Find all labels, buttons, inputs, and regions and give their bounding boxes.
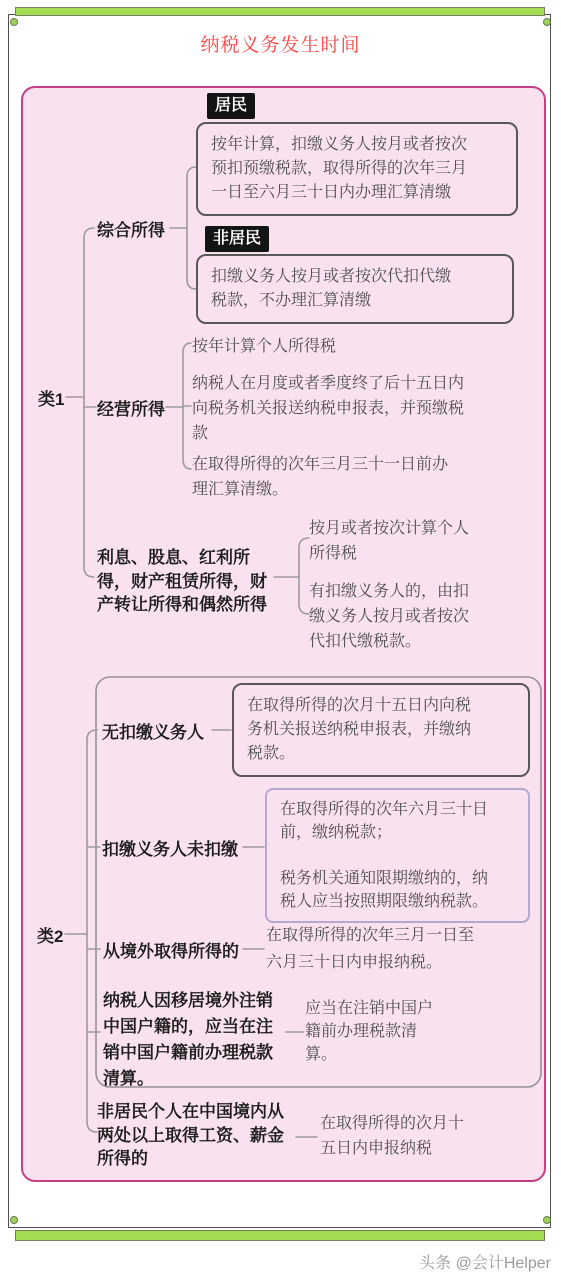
jingwai-rule: 在取得所得的次年三月一日至 六月三十日内申报纳税。	[266, 922, 506, 976]
box-weikoujiao-rule: 在取得所得的次年六月三十日 前，缴纳税款； 税务机关通知限期缴纳的，纳 税人应当…	[265, 788, 530, 923]
box-wukoujiao-rule: 在取得所得的次月十五日内向税 务机关报送纳税申报表，并缴纳 税款。	[232, 683, 530, 777]
node-feijumin-liangchu: 非居民个人在中国境内从 两处以上取得工资、薪金 所得的	[97, 1100, 302, 1171]
bottom-green-bar	[15, 1230, 545, 1241]
node-weikoujiao: 扣缴义务人未扣缴	[102, 838, 238, 862]
node-lixi-gushi-suode: 利息、股息、红利所 得，财产租赁所得，财 产转让所得和偶然所得	[97, 546, 287, 617]
node-jingying-suode: 经营所得	[97, 398, 165, 422]
pin-dot-icon	[10, 1216, 18, 1224]
box-resident-rule: 按年计算，扣缴义务人按月或者按次 预扣预缴税款，取得所得的次年三月 一日至六月三…	[196, 122, 518, 216]
zhuxiao-rule: 应当在注销中国户 籍前办理税款清 算。	[305, 997, 455, 1066]
jingying-rule-3: 在取得所得的次年三月三十一日前办 理汇算清缴。	[192, 452, 492, 502]
lixi-rule-1: 按月或者按次计算个人 所得税	[309, 516, 494, 566]
feijumin-rule: 在取得所得的次月十 五日内申报纳税	[320, 1111, 490, 1161]
node-cat2: 类2	[37, 925, 63, 949]
node-wukoujiao-yiwuren: 无扣缴义务人	[102, 721, 204, 745]
watermark: 头条 @会计Helper	[419, 1250, 551, 1273]
pin-dot-icon	[10, 18, 18, 26]
top-green-bar	[15, 7, 545, 16]
node-jingwai-suode: 从境外取得所得的	[103, 940, 239, 964]
node-zonghe-suode: 综合所得	[97, 219, 165, 243]
box-nonresident-rule: 扣缴义务人按月或者按次代扣代缴 税款，不办理汇算清缴	[196, 254, 514, 324]
pin-dot-icon	[543, 18, 551, 26]
node-zhuxiao-huji: 纳税人因移居境外注销 中国户籍的，应当在注 销中国户籍前办理税款 清算。	[103, 988, 288, 1092]
jingying-rule-2: 纳税人在月度或者季度终了后十五日内 向税务机关报送纳税申报表，并预缴税 款	[192, 371, 522, 446]
tag-resident: 居民	[207, 93, 255, 119]
pin-dot-icon	[543, 1216, 551, 1224]
node-cat1: 类1	[38, 388, 64, 412]
page-title: 纳税义务发生时间	[0, 30, 561, 57]
jingying-rule-1: 按年计算个人所得税	[192, 334, 336, 359]
tag-nonresident: 非居民	[205, 226, 269, 252]
lixi-rule-2: 有扣缴义务人的，由扣 缴义务人按月或者按次 代扣代缴税款。	[309, 579, 494, 654]
infographic-canvas: 纳税义务发生时间 类1 综合所得 居民 按年计算，扣缴义务人按月或者按次 预扣预…	[0, 0, 561, 1280]
